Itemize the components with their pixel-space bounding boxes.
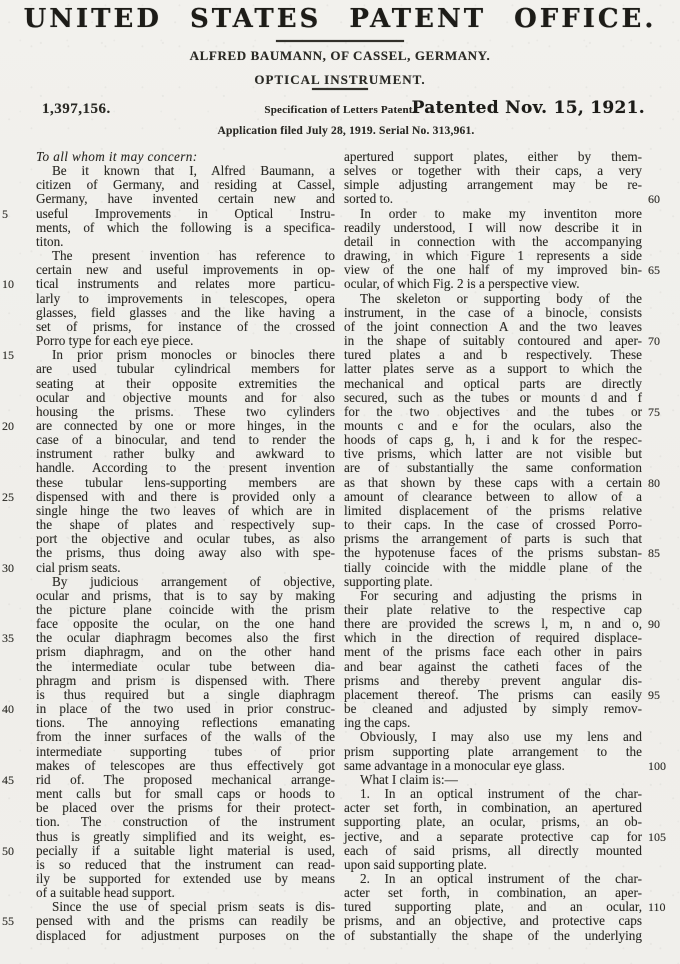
text-line-content: set of prisms, for instance of the cross…: [36, 319, 335, 334]
text-line: Obviously, I may also use my lens and: [344, 730, 642, 744]
text-line-content: supporting plate, an ocular, prisms, an …: [344, 814, 642, 829]
text-line: dispensed with and there is provided onl…: [36, 490, 335, 504]
text-line-content: these tubular lens-supporting members ar…: [36, 475, 335, 490]
text-line: acter set forth, in combination, an aper…: [344, 801, 642, 815]
text-line: larly to improvements in telescopes, ope…: [36, 292, 335, 306]
line-number: 80: [648, 476, 678, 490]
text-line-content: drawing, in which Figure 1 represents a …: [344, 248, 642, 263]
line-number: 85: [648, 546, 678, 560]
text-line: prism supporting plate arrangement to th…: [344, 745, 642, 759]
text-line-content: mounts c and e for the oculars, also the: [344, 418, 642, 433]
text-line: instrument, in the case of a binocle, co…: [344, 306, 642, 320]
text-line: supporting plate.: [344, 575, 642, 589]
text-line: placement thereof. The prisms can easily…: [344, 688, 642, 702]
text-line-content: cial prism seats.: [36, 560, 121, 575]
patent-document-page: UNITED STATES PATENT OFFICE. ALFRED BAUM…: [0, 0, 680, 964]
text-line: selves or together with their caps, a ve…: [344, 164, 642, 178]
text-line: handle. According to the present inventi…: [36, 461, 335, 475]
text-line-content: prism diaphragm, and on the other hand: [36, 644, 335, 659]
text-line: tion. The construction of the instrument: [36, 815, 335, 829]
text-line: To all whom it may concern:: [36, 150, 335, 164]
text-line-content: dispensed with and there is provided onl…: [36, 489, 335, 504]
line-number: 30: [2, 561, 28, 575]
text-line: thus is greatly simplified and its weigh…: [36, 830, 335, 844]
text-line: and bear against the catheti faces of th…: [344, 660, 642, 674]
text-line: is so reduced that the instrument can re…: [36, 858, 335, 872]
text-line-content: What I claim is:—: [360, 772, 458, 787]
text-line-content: tured supporting plate, and an ocular,: [344, 899, 642, 914]
text-line: For securing and adjusting the prisms in: [344, 589, 642, 603]
text-line: tions. The annoying reflections emanatin…: [36, 716, 335, 730]
text-line: titon.: [36, 235, 335, 249]
text-line-content: which in the direction of required displ…: [344, 630, 642, 645]
text-line-content: ments, of which the following is a speci…: [36, 220, 335, 235]
text-line-content: for the two objectives and the tubes or: [344, 404, 642, 419]
text-line: useful Improvements in Optical Instru-5: [36, 207, 335, 221]
text-line: port the objective and ocular tubes, as …: [36, 532, 335, 546]
text-line-content: prisms the arrangement of parts is such …: [344, 531, 642, 546]
text-line: The present invention has reference to: [36, 249, 335, 263]
text-line-content: displaced for adjustment purposes on the: [36, 928, 335, 943]
text-line: phragm and prism is dispensed with. Ther…: [36, 674, 335, 688]
text-line-content: prisms, and an objective, and protective…: [344, 913, 642, 928]
text-line-content: jective, and a separate protective cap f…: [344, 829, 642, 844]
text-line-content: ocular, of which Fig. 2 is a perspective…: [344, 276, 580, 291]
text-line: mechanical and optical parts are directl…: [344, 377, 642, 391]
text-line-content: In order to make my inventiton more: [360, 206, 642, 221]
text-line: same advantage in a monocular eye glass.…: [344, 759, 642, 773]
text-line-content: there are provided the screws l, m, n an…: [344, 616, 642, 631]
text-line: set of prisms, for instance of the cross…: [36, 320, 335, 334]
text-line-content: in the shape of suitably contoured and a…: [344, 333, 642, 348]
invention-title: OPTICAL INSTRUMENT.: [0, 72, 680, 88]
text-line: the hypotenuse faces of the prisms subst…: [344, 546, 642, 560]
text-line-content: 1. In an optical instrument of the char-: [360, 786, 642, 801]
text-line-content: tured plates a and b respectively. These: [344, 347, 642, 362]
text-line: for the two objectives and the tubes or7…: [344, 405, 642, 419]
text-line-content: phragm and prism is dispensed with. Ther…: [36, 673, 335, 688]
text-line: citizen of Germany, and residing at Cass…: [36, 178, 335, 192]
text-line-content: tive prisms, which latter are not visibl…: [344, 446, 642, 461]
text-line: prisms and thereby prevent angular dis-: [344, 674, 642, 688]
text-line: is thus required but a single diaphragm: [36, 688, 335, 702]
text-line: tured supporting plate, and an ocular,11…: [344, 900, 642, 914]
text-line-content: port the objective and ocular tubes, as …: [36, 531, 335, 546]
text-line-content: intermediate supporting tubes of prior: [36, 744, 335, 759]
line-number: 15: [2, 348, 28, 362]
text-line: limited displacement of the prisms relat…: [344, 504, 642, 518]
text-line: the intermediate ocular tube between dia…: [36, 660, 335, 674]
text-line-content: view of the one half of my improved bin-: [344, 262, 642, 277]
text-line-content: of substantially the shape of the underl…: [344, 928, 642, 943]
text-line-content: the hypotenuse faces of the prisms subst…: [344, 545, 642, 560]
line-number: 25: [2, 490, 28, 504]
text-line: of substantially the shape of the underl…: [344, 929, 642, 943]
text-line-content: ocular and prisms, that is to say by mak…: [36, 588, 335, 603]
text-line: ing the caps.: [344, 716, 642, 730]
text-line: face opposite the ocular, on the one han…: [36, 617, 335, 631]
text-line: hoods of caps g, h, i and k for the resp…: [344, 433, 642, 447]
line-number: 35: [2, 631, 28, 645]
text-line: jective, and a separate protective cap f…: [344, 830, 642, 844]
text-line-content: tions. The annoying reflections emanatin…: [36, 715, 335, 730]
line-number: 10: [2, 277, 28, 291]
line-number: 70: [648, 334, 678, 348]
text-line: be placed over the prisms for their prot…: [36, 801, 335, 815]
text-line: which in the direction of required displ…: [344, 631, 642, 645]
text-line-content: are of substantially the same conformati…: [344, 460, 642, 475]
text-line: sorted to.60: [344, 192, 642, 206]
text-line-content: are used tubular cylindrical members for: [36, 361, 335, 376]
text-line: tical instruments and relates more parti…: [36, 277, 335, 291]
text-line-content: ing the caps.: [344, 715, 410, 730]
text-line: in the shape of suitably contoured and a…: [344, 334, 642, 348]
text-line: be cleaned and adjusted by simply remov-: [344, 702, 642, 716]
text-line-content: hoods of caps g, h, i and k for the resp…: [344, 432, 642, 447]
text-line-content: same advantage in a monocular eye glass.: [344, 758, 565, 773]
text-line-content: single hinge the two leaves of which are…: [36, 503, 335, 518]
text-line: glasses, field glasses and the like havi…: [36, 306, 335, 320]
text-line-content: glasses, field glasses and the like havi…: [36, 305, 335, 320]
text-line: prism diaphragm, and on the other hand: [36, 645, 335, 659]
text-line-content: For securing and adjusting the prisms in: [360, 588, 642, 603]
text-line: pecially if a suitable light material is…: [36, 844, 335, 858]
text-line-content: are connected by one or more hinges, in …: [36, 418, 335, 433]
line-number: 75: [648, 405, 678, 419]
text-line-content: detail in connection with the accompanyi…: [344, 234, 642, 249]
text-line-content: Porro type for each eye piece.: [36, 333, 193, 348]
text-line: instrument rather bulky and awkward to: [36, 447, 335, 461]
line-number: 95: [648, 688, 678, 702]
text-line: tially coincide with the middle plane of…: [344, 561, 642, 575]
text-line: there are provided the screws l, m, n an…: [344, 617, 642, 631]
text-line: pensed with and the prisms can readily b…: [36, 914, 335, 928]
title-divider-rule: [276, 40, 404, 42]
text-line-content: from the inner surfaces of the walls of …: [36, 729, 335, 744]
text-line: In prior prism monocles or binocles ther…: [36, 348, 335, 362]
text-line: acter set forth, in combination, an aper…: [344, 886, 642, 900]
text-line: these tubular lens-supporting members ar…: [36, 476, 335, 490]
text-line-content: larly to improvements in telescopes, ope…: [36, 291, 335, 306]
text-line-content: supporting plate.: [344, 574, 433, 589]
text-line: displaced for adjustment purposes on the: [36, 929, 335, 943]
text-line: as that shown by these caps with a certa…: [344, 476, 642, 490]
text-line: mounts c and e for the oculars, also the: [344, 419, 642, 433]
text-line: are connected by one or more hinges, in …: [36, 419, 335, 433]
text-line: ment calls but for small caps or hoods t…: [36, 787, 335, 801]
line-number: 105: [648, 830, 678, 844]
text-line-content: is so reduced that the instrument can re…: [36, 857, 335, 872]
section-divider-rule: [312, 88, 368, 90]
text-line-content: seating at their opposite extremities th…: [36, 376, 335, 391]
text-line: case of a binocular, and tend to render …: [36, 433, 335, 447]
text-line-content: the intermediate ocular tube between dia…: [36, 659, 335, 674]
text-line-content: as that shown by these caps with a certa…: [344, 475, 642, 490]
text-line: of the joint connection A and the two le…: [344, 320, 642, 334]
inventor-line: ALFRED BAUMANN, OF CASSEL, GERMANY.: [0, 48, 680, 64]
text-line: Germany, have invented certain new and: [36, 192, 335, 206]
text-line: the picture plane coincide with the pris…: [36, 603, 335, 617]
text-line-content: useful Improvements in Optical Instru-: [36, 206, 335, 221]
text-line-content: secured, such as the tubes or mounts d a…: [344, 390, 642, 405]
text-line-content: Germany, have invented certain new and: [36, 191, 335, 206]
line-number: 90: [648, 617, 678, 631]
text-line: simple adjusting arrangement may be re-: [344, 178, 642, 192]
text-line-content: their plate relative to the respective c…: [344, 602, 642, 617]
text-line-content: upon said supporting plate.: [344, 857, 487, 872]
text-line-content: sorted to.: [344, 191, 393, 206]
text-line: upon said supporting plate.: [344, 858, 642, 872]
text-line-content: selves or together with their caps, a ve…: [344, 163, 642, 178]
text-line-content: the shape of plates and respectively sup…: [36, 517, 335, 532]
text-line-content: each of said prisms, all directly mounte…: [344, 843, 642, 858]
text-line-content: certain new and useful improvements in o…: [36, 262, 335, 277]
text-line: intermediate supporting tubes of prior: [36, 745, 335, 759]
text-line-content: the ocular diaphragm becomes also the fi…: [36, 630, 335, 645]
text-line: apertured support plates, either by them…: [344, 150, 642, 164]
text-column-left: To all whom it may concern:Be it known t…: [36, 150, 335, 943]
text-line-content: 2. In an optical instrument of the char-: [360, 871, 642, 886]
text-line: prisms the arrangement of parts is such …: [344, 532, 642, 546]
text-line: Porro type for each eye piece.: [36, 334, 335, 348]
text-line: latter plates serve as a support to whic…: [344, 362, 642, 376]
text-line-content: tion. The construction of the instrument: [36, 814, 335, 829]
text-line: By judicious arrangement of objective,: [36, 575, 335, 589]
text-line: to their caps. In the case of crossed Po…: [344, 518, 642, 532]
text-line-content: rid of. The proposed mechanical arrange-: [36, 772, 335, 787]
text-line: In order to make my inventiton more: [344, 207, 642, 221]
text-line-content: be cleaned and adjusted by simply remov-: [344, 701, 642, 716]
text-line-content: the prisms, thus doing away also with sp…: [36, 545, 335, 560]
text-line-content: is thus required but a single diaphragm: [36, 687, 335, 702]
text-line-content: acter set forth, in combination, an aper…: [344, 800, 642, 815]
text-line-content: instrument, in the case of a binocle, co…: [344, 305, 642, 320]
patent-office-title: UNITED STATES PATENT OFFICE.: [0, 4, 680, 34]
text-line-content: ment of the prisms face each other in pa…: [344, 644, 642, 659]
line-number: 100: [648, 759, 678, 773]
text-line-content: pensed with and the prisms can readily b…: [36, 913, 335, 928]
text-line: single hinge the two leaves of which are…: [36, 504, 335, 518]
text-line: ocular, of which Fig. 2 is a perspective…: [344, 277, 642, 291]
text-line-content: To all whom it may concern:: [36, 149, 198, 164]
text-line-content: prism supporting plate arrangement to th…: [344, 744, 642, 759]
patented-date: Patented Nov. 15, 1921.: [412, 98, 645, 118]
text-line: 2. In an optical instrument of the char-: [344, 872, 642, 886]
text-line-content: instrument rather bulky and awkward to: [36, 446, 335, 461]
text-line: from the inner surfaces of the walls of …: [36, 730, 335, 744]
text-line: makes of telescopes are thus effectively…: [36, 759, 335, 773]
text-line: ocular and objective mounts and for also: [36, 391, 335, 405]
text-line-content: ily be supported for extended use by mea…: [36, 871, 335, 886]
text-line: cial prism seats.30: [36, 561, 335, 575]
application-serial-line: Application filed July 28, 1919. Serial …: [6, 125, 680, 137]
text-line-content: ment calls but for small caps or hoods t…: [36, 786, 335, 801]
text-line-content: case of a binocular, and tend to render …: [36, 432, 335, 447]
line-number: 60: [648, 192, 678, 206]
text-line-content: the picture plane coincide with the pris…: [36, 602, 335, 617]
text-line-content: of a suitable head support.: [36, 885, 175, 900]
text-line-content: tially coincide with the middle plane of…: [344, 560, 642, 575]
text-line: in place of the two used in prior constr…: [36, 702, 335, 716]
text-line-content: thus is greatly simplified and its weigh…: [36, 829, 335, 844]
text-line: rid of. The proposed mechanical arrange-…: [36, 773, 335, 787]
line-number: 50: [2, 844, 28, 858]
line-number: 110: [648, 900, 678, 914]
text-line: Since the use of special prism seats is …: [36, 900, 335, 914]
text-line: detail in connection with the accompanyi…: [344, 235, 642, 249]
text-line: are used tubular cylindrical members for: [36, 362, 335, 376]
text-line-content: In prior prism monocles or binocles ther…: [52, 347, 335, 362]
text-line: What I claim is:—: [344, 773, 642, 787]
text-line-content: placement thereof. The prisms can easily: [344, 687, 642, 702]
text-line-content: citizen of Germany, and residing at Cass…: [36, 177, 335, 192]
text-line-content: housing the prisms. These two cylinders: [36, 404, 335, 419]
line-number: 40: [2, 702, 28, 716]
text-line: prisms, and an objective, and protective…: [344, 914, 642, 928]
text-line: each of said prisms, all directly mounte…: [344, 844, 642, 858]
text-line-content: to their caps. In the case of crossed Po…: [344, 517, 642, 532]
text-line-content: tical instruments and relates more parti…: [36, 276, 335, 291]
text-line: view of the one half of my improved bin-…: [344, 263, 642, 277]
text-line: ocular and prisms, that is to say by mak…: [36, 589, 335, 603]
text-line: readily understood, I will now describe …: [344, 221, 642, 235]
text-line-content: handle. According to the present inventi…: [36, 460, 335, 475]
text-line-content: Be it known that I, Alfred Baumann, a: [52, 163, 335, 178]
text-line-content: apertured support plates, either by them…: [344, 149, 642, 164]
text-line-content: titon.: [36, 234, 63, 249]
text-line: ments, of which the following is a speci…: [36, 221, 335, 235]
text-line: drawing, in which Figure 1 represents a …: [344, 249, 642, 263]
line-number: 45: [2, 773, 28, 787]
line-number: 55: [2, 914, 28, 928]
text-line-content: By judicious arrangement of objective,: [52, 574, 335, 589]
text-line-content: ocular and objective mounts and for also: [36, 390, 335, 405]
text-line-content: amount of clearance between to allow of …: [344, 489, 642, 504]
text-line: ment of the prisms face each other in pa…: [344, 645, 642, 659]
text-line: seating at their opposite extremities th…: [36, 377, 335, 391]
text-line: their plate relative to the respective c…: [344, 603, 642, 617]
line-number: 65: [648, 263, 678, 277]
text-line-content: pecially if a suitable light material is…: [36, 843, 335, 858]
text-line: amount of clearance between to allow of …: [344, 490, 642, 504]
text-line-content: makes of telescopes are thus effectively…: [36, 758, 335, 773]
line-number: 20: [2, 419, 28, 433]
text-line-content: Obviously, I may also use my lens and: [360, 729, 642, 744]
text-line-content: readily understood, I will now describe …: [344, 220, 642, 235]
text-line-content: face opposite the ocular, on the one han…: [36, 616, 335, 631]
text-line: the prisms, thus doing away also with sp…: [36, 546, 335, 560]
text-line-content: The skeleton or supporting body of the: [360, 291, 642, 306]
text-line-content: of the joint connection A and the two le…: [344, 319, 642, 334]
text-line: the shape of plates and respectively sup…: [36, 518, 335, 532]
text-line: secured, such as the tubes or mounts d a…: [344, 391, 642, 405]
text-line: The skeleton or supporting body of the: [344, 292, 642, 306]
text-line-content: be placed over the prisms for their prot…: [36, 800, 335, 815]
text-line: housing the prisms. These two cylinders: [36, 405, 335, 419]
text-line: are of substantially the same conformati…: [344, 461, 642, 475]
text-line: tured plates a and b respectively. These: [344, 348, 642, 362]
text-line: tive prisms, which latter are not visibl…: [344, 447, 642, 461]
text-line-content: in place of the two used in prior constr…: [36, 701, 335, 716]
text-line: 1. In an optical instrument of the char-: [344, 787, 642, 801]
text-line-content: acter set forth, in combination, an aper…: [344, 885, 642, 900]
text-line: certain new and useful improvements in o…: [36, 263, 335, 277]
line-number: 5: [2, 207, 28, 221]
text-line: ily be supported for extended use by mea…: [36, 872, 335, 886]
text-line: of a suitable head support.: [36, 886, 335, 900]
text-line-content: limited displacement of the prisms relat…: [344, 503, 642, 518]
text-line: Be it known that I, Alfred Baumann, a: [36, 164, 335, 178]
text-line-content: mechanical and optical parts are directl…: [344, 376, 642, 391]
text-line-content: simple adjusting arrangement may be re-: [344, 177, 642, 192]
text-line-content: The present invention has reference to: [52, 248, 335, 263]
text-line-content: prisms and thereby prevent angular dis-: [344, 673, 642, 688]
text-line: supporting plate, an ocular, prisms, an …: [344, 815, 642, 829]
text-column-right: apertured support plates, either by them…: [344, 150, 642, 943]
text-line: the ocular diaphragm becomes also the fi…: [36, 631, 335, 645]
text-line-content: latter plates serve as a support to whic…: [344, 361, 642, 376]
text-line-content: and bear against the catheti faces of th…: [344, 659, 642, 674]
text-line-content: Since the use of special prism seats is …: [52, 899, 335, 914]
